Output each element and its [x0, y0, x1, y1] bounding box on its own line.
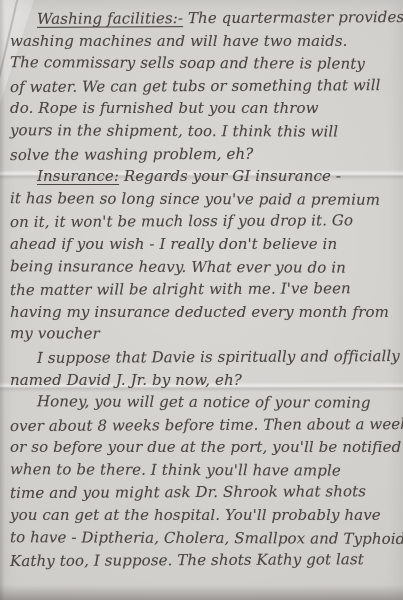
letter-line: or so before your due at the port, you'l…: [10, 436, 401, 459]
letter-line: Insurance: Regards your GI insurance -: [10, 165, 401, 188]
page-left-edge-shadow: [0, 0, 5, 600]
letter-line: having my insurance deducted every month…: [10, 301, 401, 324]
letter-line: my voucher: [10, 322, 401, 346]
letter-page: Washing facilities:- The quartermaster p…: [0, 0, 403, 600]
letter-line: time and you might ask Dr. Shrook what s…: [10, 480, 401, 505]
letter-line: Honey, you will get a notice of your com…: [10, 390, 401, 414]
letter-line: on it, it won't be much loss if you drop…: [10, 209, 401, 234]
letter-line: you can get at the hospital. You'll prob…: [10, 504, 401, 527]
letter-line: over about 8 weeks before time. Then abo…: [10, 413, 401, 438]
letter-line: the matter will be alright with me. I've…: [10, 277, 401, 302]
letter-line: yours in the shipment, too. I think this…: [10, 119, 401, 143]
letter-line: ahead if you wish - I really don't belie…: [10, 233, 401, 256]
letter-line: named David J. Jr. by now, eh?: [10, 369, 401, 392]
letter-line: washing machines and will have two maids…: [10, 30, 401, 53]
letter-line: when to be there. I think you'll have am…: [10, 458, 401, 482]
letter-line: being insurance heavy. What ever you do …: [10, 255, 401, 279]
letter-line: to have - Diptheria, Cholera, Smallpox a…: [10, 526, 401, 550]
letter-line: The commissary sells soap and there is p…: [10, 51, 401, 75]
letter-line: Washing facilities:- The quartermaster p…: [10, 6, 401, 31]
letter-line: of water. We can get tubs or something t…: [10, 74, 401, 99]
letter-line: solve the washing problem, eh?: [10, 142, 401, 167]
letter-line-heading: Washing facilities:-: [37, 9, 183, 28]
letter-lines: Washing facilities:- The quartermaster p…: [10, 7, 401, 572]
letter-line: do. Rope is furnished but you can throw: [10, 97, 401, 120]
letter-line: it has been so long since you've paid a …: [10, 187, 401, 211]
letter-line: I suppose that Davie is spiritually and …: [10, 345, 401, 370]
letter-line: Kathy too, I suppose. The shots Kathy go…: [10, 548, 401, 573]
page-bottom-shadow: [0, 585, 403, 600]
letter-line-heading: Insurance:: [37, 167, 119, 185]
